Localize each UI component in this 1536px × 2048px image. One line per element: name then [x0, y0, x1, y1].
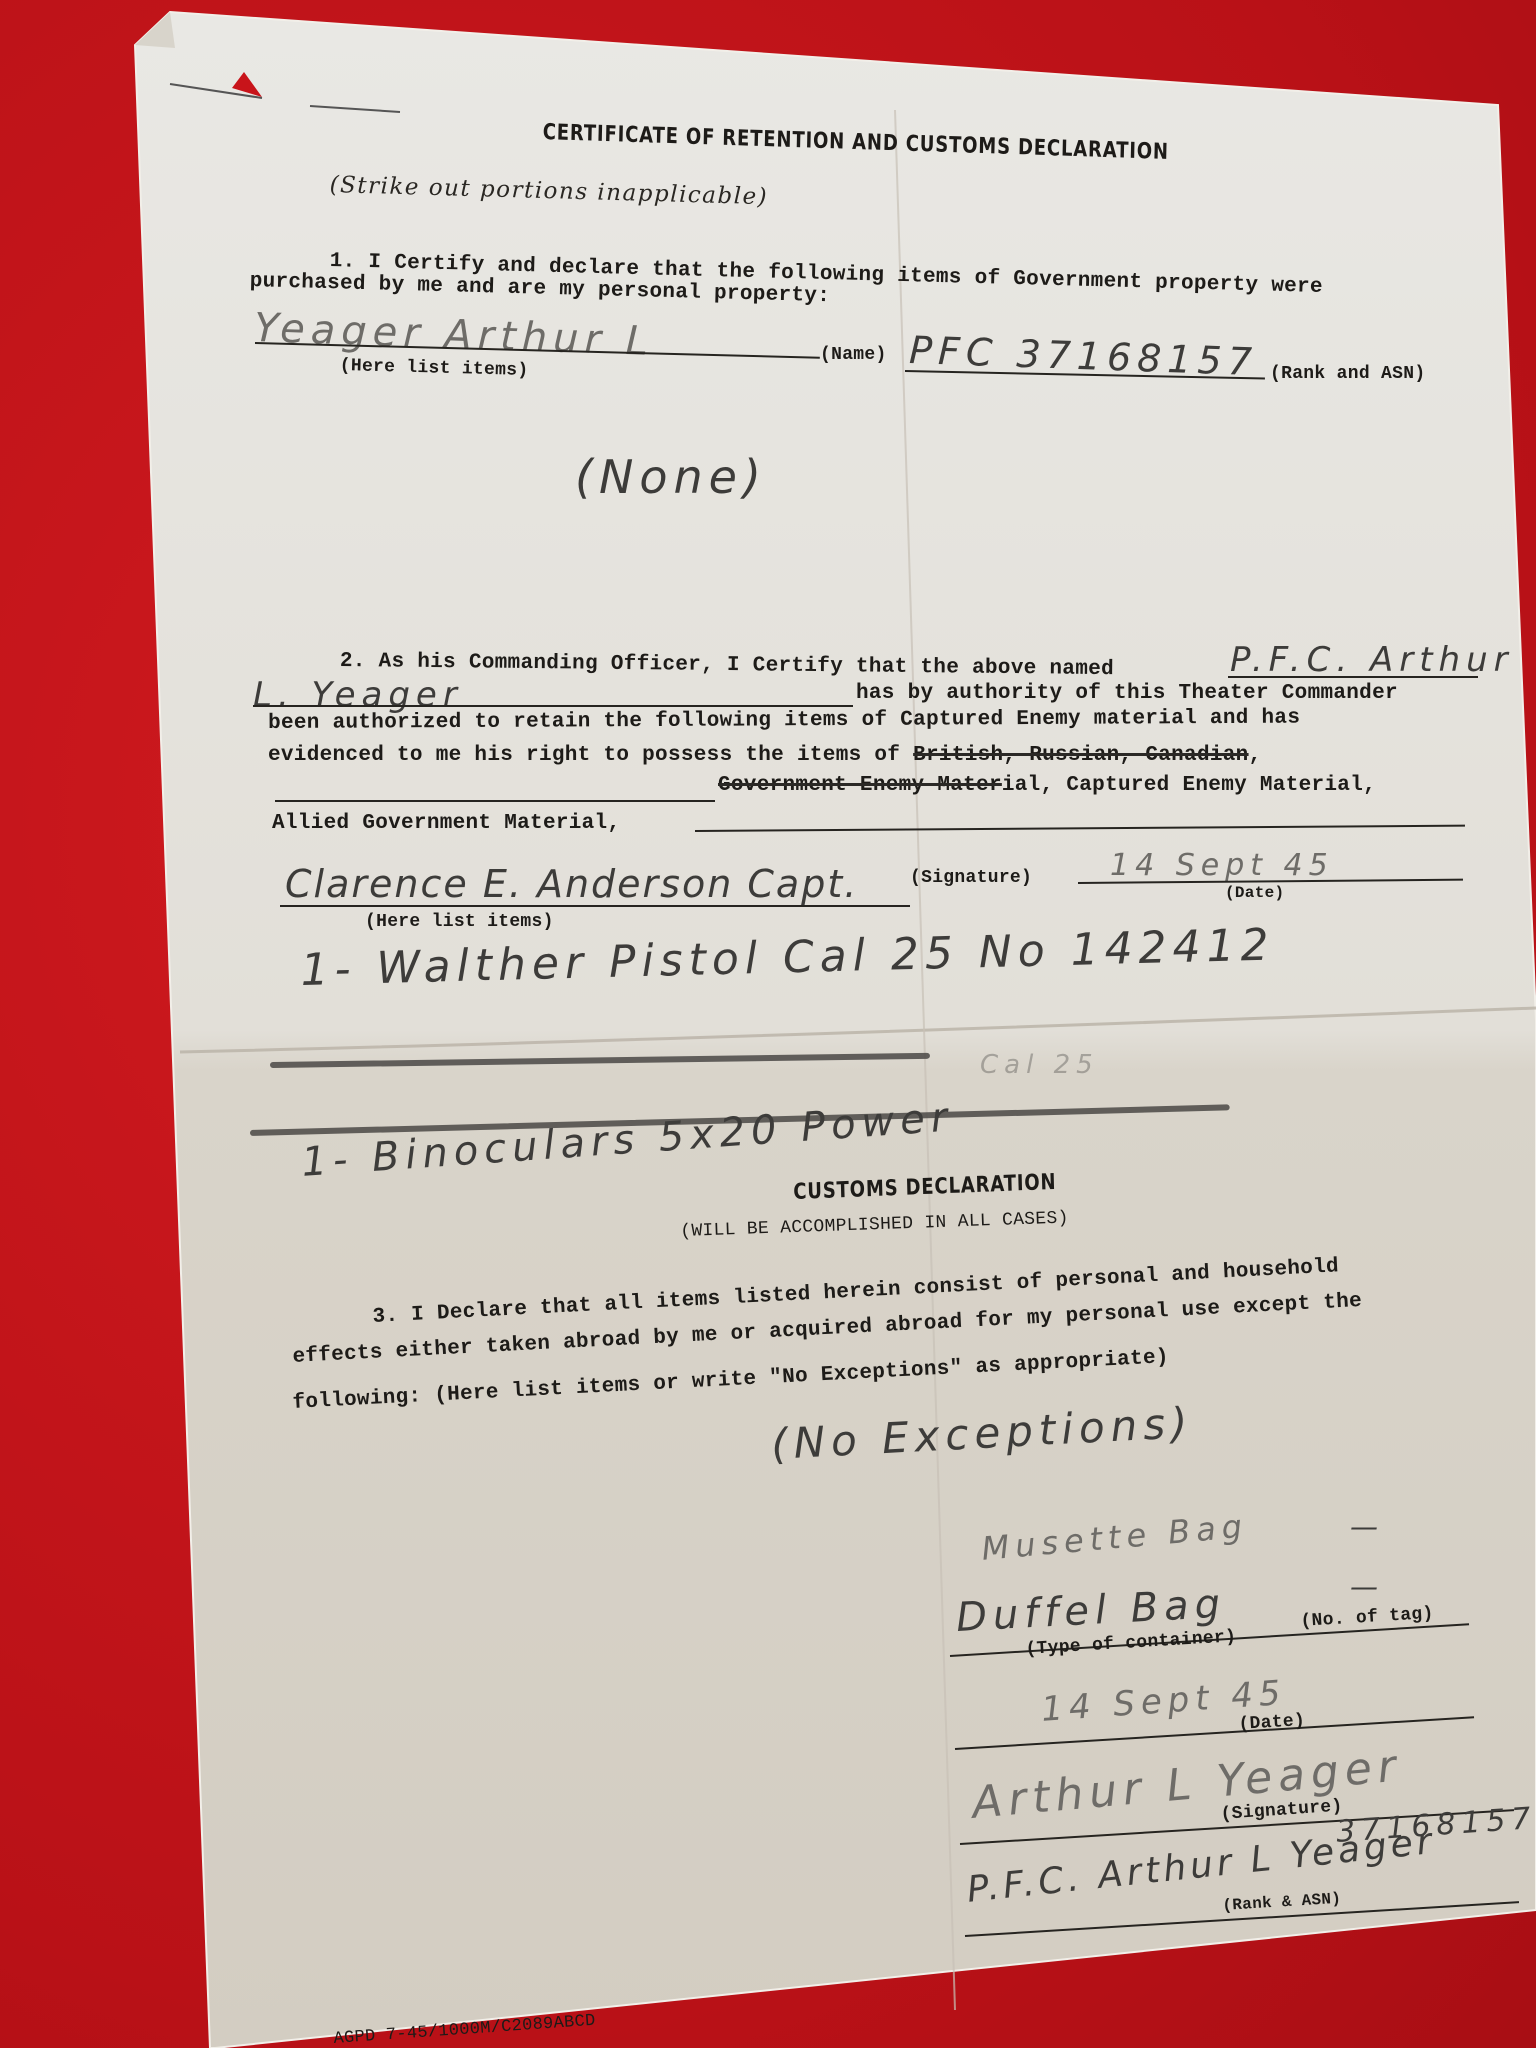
section1-name-handwritten: Yeager Arthur L — [253, 305, 654, 365]
section1-items-label: (Here list items) — [339, 356, 528, 381]
strikeout-line-1 — [270, 1053, 930, 1068]
section2-line2: has by authority of this Theater Command… — [856, 682, 1398, 705]
co-date-handwritten: 14 Sept 45 — [1110, 848, 1334, 883]
document-content: CERTIFICATE OF RETENTION AND CUSTOMS DEC… — [0, 0, 1536, 2048]
section2-named-handwritten-2: L. Yeager — [253, 675, 463, 715]
document-title: CERTIFICATE OF RETENTION AND CUSTOMS DEC… — [542, 120, 1169, 165]
co-signature-line — [280, 905, 910, 907]
section2-items-label: (Here list items) — [365, 912, 554, 932]
name-label: (Name) — [820, 345, 887, 365]
customs-subheading: (WILL BE ACCOMPLISHED IN ALL CASES) — [680, 1208, 1069, 1242]
named-underline-2 — [253, 705, 853, 707]
co-signature-handwritten: Clarence E. Anderson Capt. — [285, 862, 858, 906]
form-number: AGPD 7-45/1000M/C2089ABCD — [333, 2012, 596, 2048]
line5-text: ial, Captured Enemy Material, — [1002, 774, 1376, 797]
retained-item-2: 1- Binoculars 5x20 Power — [300, 1094, 955, 1185]
tag-1-handwritten: — — [1350, 1510, 1384, 1543]
customs-heading: CUSTOMS DECLARATION — [793, 1170, 1057, 1205]
section2-line6: Allied Government Material, — [272, 812, 620, 835]
retained-item-struck: Cal 25 — [980, 1050, 1099, 1080]
section2-blank-line-1 — [275, 800, 715, 802]
rank-label: (Rank and ASN) — [1270, 364, 1425, 384]
section2-named-handwritten-1: P.F.C. Arthur — [1230, 640, 1514, 680]
tag-2-handwritten: — — [1350, 1570, 1384, 1603]
line4-comma: , — [1249, 744, 1262, 767]
customs-date-label: (Date) — [1238, 1711, 1306, 1735]
line4-text: evidenced to me his right to possess the… — [268, 744, 913, 767]
co-signature-label: (Signature) — [910, 868, 1032, 888]
section2-line5: Government Enemy Material, Captured Enem… — [718, 774, 1376, 797]
customs-rank-handwritten: P.F.C. Arthur L Yeager — [965, 1821, 1437, 1911]
section2-line3: been authorized to retain the following … — [268, 707, 1300, 735]
co-date-label: (Date) — [1225, 884, 1284, 902]
struck-nationalities: British, Russian, Canadian — [913, 744, 1248, 767]
section2-line4: evidenced to me his right to possess the… — [268, 744, 1261, 767]
document-paper: CERTIFICATE OF RETENTION AND CUSTOMS DEC… — [0, 0, 1536, 2048]
section1-items-handwritten: (None) — [575, 450, 767, 504]
customs-rank-label: (Rank & ASN) — [1222, 1890, 1342, 1915]
container-1-handwritten: Musette Bag — [980, 1507, 1249, 1568]
struck-government-enemy: Government Enemy Mater — [718, 774, 1002, 797]
named-underline-1 — [1228, 676, 1478, 678]
section2-blank-line-2 — [695, 825, 1465, 832]
customs-exceptions-handwritten: (No Exceptions) — [770, 1398, 1195, 1469]
instruction-text: (Strike out portions inapplicable) — [329, 172, 768, 210]
